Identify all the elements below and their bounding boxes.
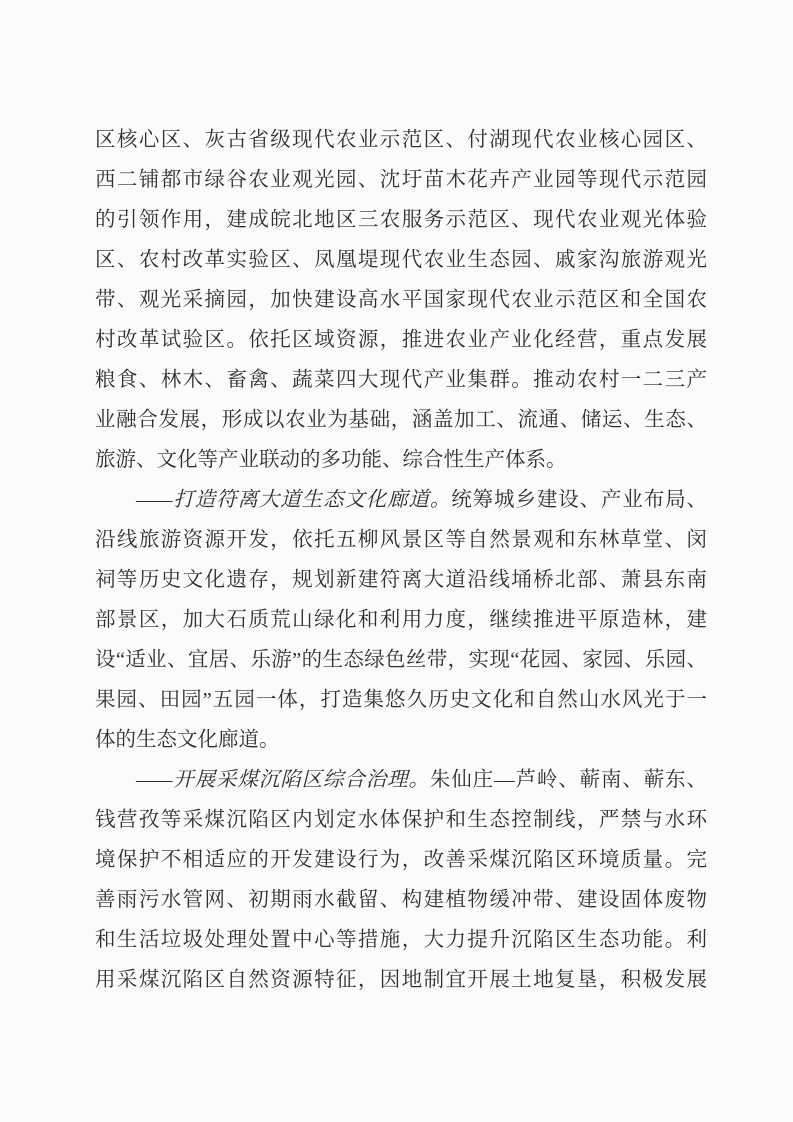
text-line: 村改革试验区。依托区域资源，推进农业产业化经营，重点发展 bbox=[95, 320, 707, 360]
text-line: 钱营孜等采煤沉陷区内划定水体保护和生态控制线，严禁与水环 bbox=[95, 800, 707, 840]
text-segment: 区、农村改革实验区、凤凰堤现代农业生态园、戚家沟旅游观光 bbox=[95, 249, 707, 271]
text-line: 区、农村改革实验区、凤凰堤现代农业生态园、戚家沟旅游观光 bbox=[95, 240, 707, 280]
text-line: 的引领作用，建成皖北地区三农服务示范区、现代农业观光体验 bbox=[95, 200, 707, 240]
text-segment: 善雨污水管网、初期雨水截留、构建植物缓冲带、建设固体废物 bbox=[95, 889, 707, 911]
text-segment: 果园、田园”五园一体，打造集悠久历史文化和自然山水风光于一 bbox=[95, 689, 707, 711]
text-line: 粮食、林木、畜禽、蔬菜四大现代产业集群。推动农村一二三产 bbox=[95, 360, 707, 400]
text-line: 用采煤沉陷区自然资源特征，因地制宜开展土地复垦，积极发展 bbox=[95, 960, 707, 1000]
text-line: 和生活垃圾处理处置中心等措施，大力提升沉陷区生态功能。利 bbox=[95, 920, 707, 960]
text-line: 设“适业、宜居、乐游”的生态绿色丝带，实现“花园、家园、乐园、 bbox=[95, 640, 707, 680]
text-segment: 的引领作用，建成皖北地区三农服务示范区、现代农业观光体验 bbox=[95, 209, 707, 231]
text-segment: 沿线旅游资源开发，依托五柳风景区等自然景观和东林草堂、闵 bbox=[95, 529, 707, 551]
text-segment: 用采煤沉陷区自然资源特征，因地制宜开展土地复垦，积极发展 bbox=[95, 969, 707, 991]
text-segment: 西二铺都市绿谷农业观光园、沈圩苗木花卉产业园等现代示范园 bbox=[95, 169, 707, 191]
text-line: 西二铺都市绿谷农业观光园、沈圩苗木花卉产业园等现代示范园 bbox=[95, 160, 707, 200]
text-segment: 设“适业、宜居、乐游”的生态绿色丝带，实现“花园、家园、乐园、 bbox=[95, 649, 707, 671]
text-segment: 朱仙庄—芦岭、蕲南、蕲东、 bbox=[430, 769, 707, 791]
text-segment: 带、观光采摘园，加快建设高水平国家现代农业示范区和全国农 bbox=[95, 289, 707, 311]
text-line: ——开展采煤沉陷区综合治理。朱仙庄—芦岭、蕲南、蕲东、 bbox=[95, 760, 707, 800]
text-line: 善雨污水管网、初期雨水截留、构建植物缓冲带、建设固体废物 bbox=[95, 880, 707, 920]
text-segment: 祠等历史文化遗存，规划新建符离大道沿线埇桥北部、萧县东南 bbox=[95, 569, 707, 591]
text-segment: 境保护不相适应的开发建设行为，改善采煤沉陷区环境质量。完 bbox=[95, 849, 707, 871]
text-line: 区核心区、灰古省级现代农业示范区、付湖现代农业核心园区、 bbox=[95, 120, 707, 160]
document-page: 区核心区、灰古省级现代农业示范区、付湖现代农业核心园区、西二铺都市绿谷农业观光园… bbox=[0, 0, 793, 1122]
text-line: 带、观光采摘园，加快建设高水平国家现代农业示范区和全国农 bbox=[95, 280, 707, 320]
text-line: 果园、田园”五园一体，打造集悠久历史文化和自然山水风光于一 bbox=[95, 680, 707, 720]
text-segment: 村改革试验区。依托区域资源，推进农业产业化经营，重点发展 bbox=[95, 329, 707, 351]
text-line: 境保护不相适应的开发建设行为，改善采煤沉陷区环境质量。完 bbox=[95, 840, 707, 880]
text-segment: 和生活垃圾处理处置中心等措施，大力提升沉陷区生态功能。利 bbox=[95, 929, 707, 951]
lead-in-emphasis: ——打造符离大道生态文化廊道。 bbox=[136, 489, 451, 511]
text-segment: 统筹城乡建设、产业布局、 bbox=[451, 489, 707, 511]
text-line: 沿线旅游资源开发，依托五柳风景区等自然景观和东林草堂、闵 bbox=[95, 520, 707, 560]
text-segment: 区核心区、灰古省级现代农业示范区、付湖现代农业核心园区、 bbox=[95, 129, 707, 151]
text-line: 业融合发展，形成以农业为基础，涵盖加工、流通、储运、生态、 bbox=[95, 400, 707, 440]
text-line: ——打造符离大道生态文化廊道。统筹城乡建设、产业布局、 bbox=[95, 480, 707, 520]
text-line: 体的生态文化廊道。 bbox=[95, 720, 707, 760]
text-line: 旅游、文化等产业联动的多功能、综合性生产体系。 bbox=[95, 440, 707, 480]
text-line: 部景区，加大石质荒山绿化和利用力度，继续推进平原造林，建 bbox=[95, 600, 707, 640]
text-segment: 旅游、文化等产业联动的多功能、综合性生产体系。 bbox=[95, 449, 567, 471]
text-segment: 粮食、林木、畜禽、蔬菜四大现代产业集群。推动农村一二三产 bbox=[95, 369, 707, 391]
text-segment: 体的生态文化廊道。 bbox=[95, 729, 280, 751]
text-segment: 钱营孜等采煤沉陷区内划定水体保护和生态控制线，严禁与水环 bbox=[95, 809, 707, 831]
document-body: 区核心区、灰古省级现代农业示范区、付湖现代农业核心园区、西二铺都市绿谷农业观光园… bbox=[95, 120, 707, 1000]
text-segment: 业融合发展，形成以农业为基础，涵盖加工、流通、储运、生态、 bbox=[95, 409, 707, 431]
text-line: 祠等历史文化遗存，规划新建符离大道沿线埇桥北部、萧县东南 bbox=[95, 560, 707, 600]
lead-in-emphasis: ——开展采煤沉陷区综合治理。 bbox=[136, 769, 430, 791]
text-segment: 部景区，加大石质荒山绿化和利用力度，继续推进平原造林，建 bbox=[95, 609, 707, 631]
